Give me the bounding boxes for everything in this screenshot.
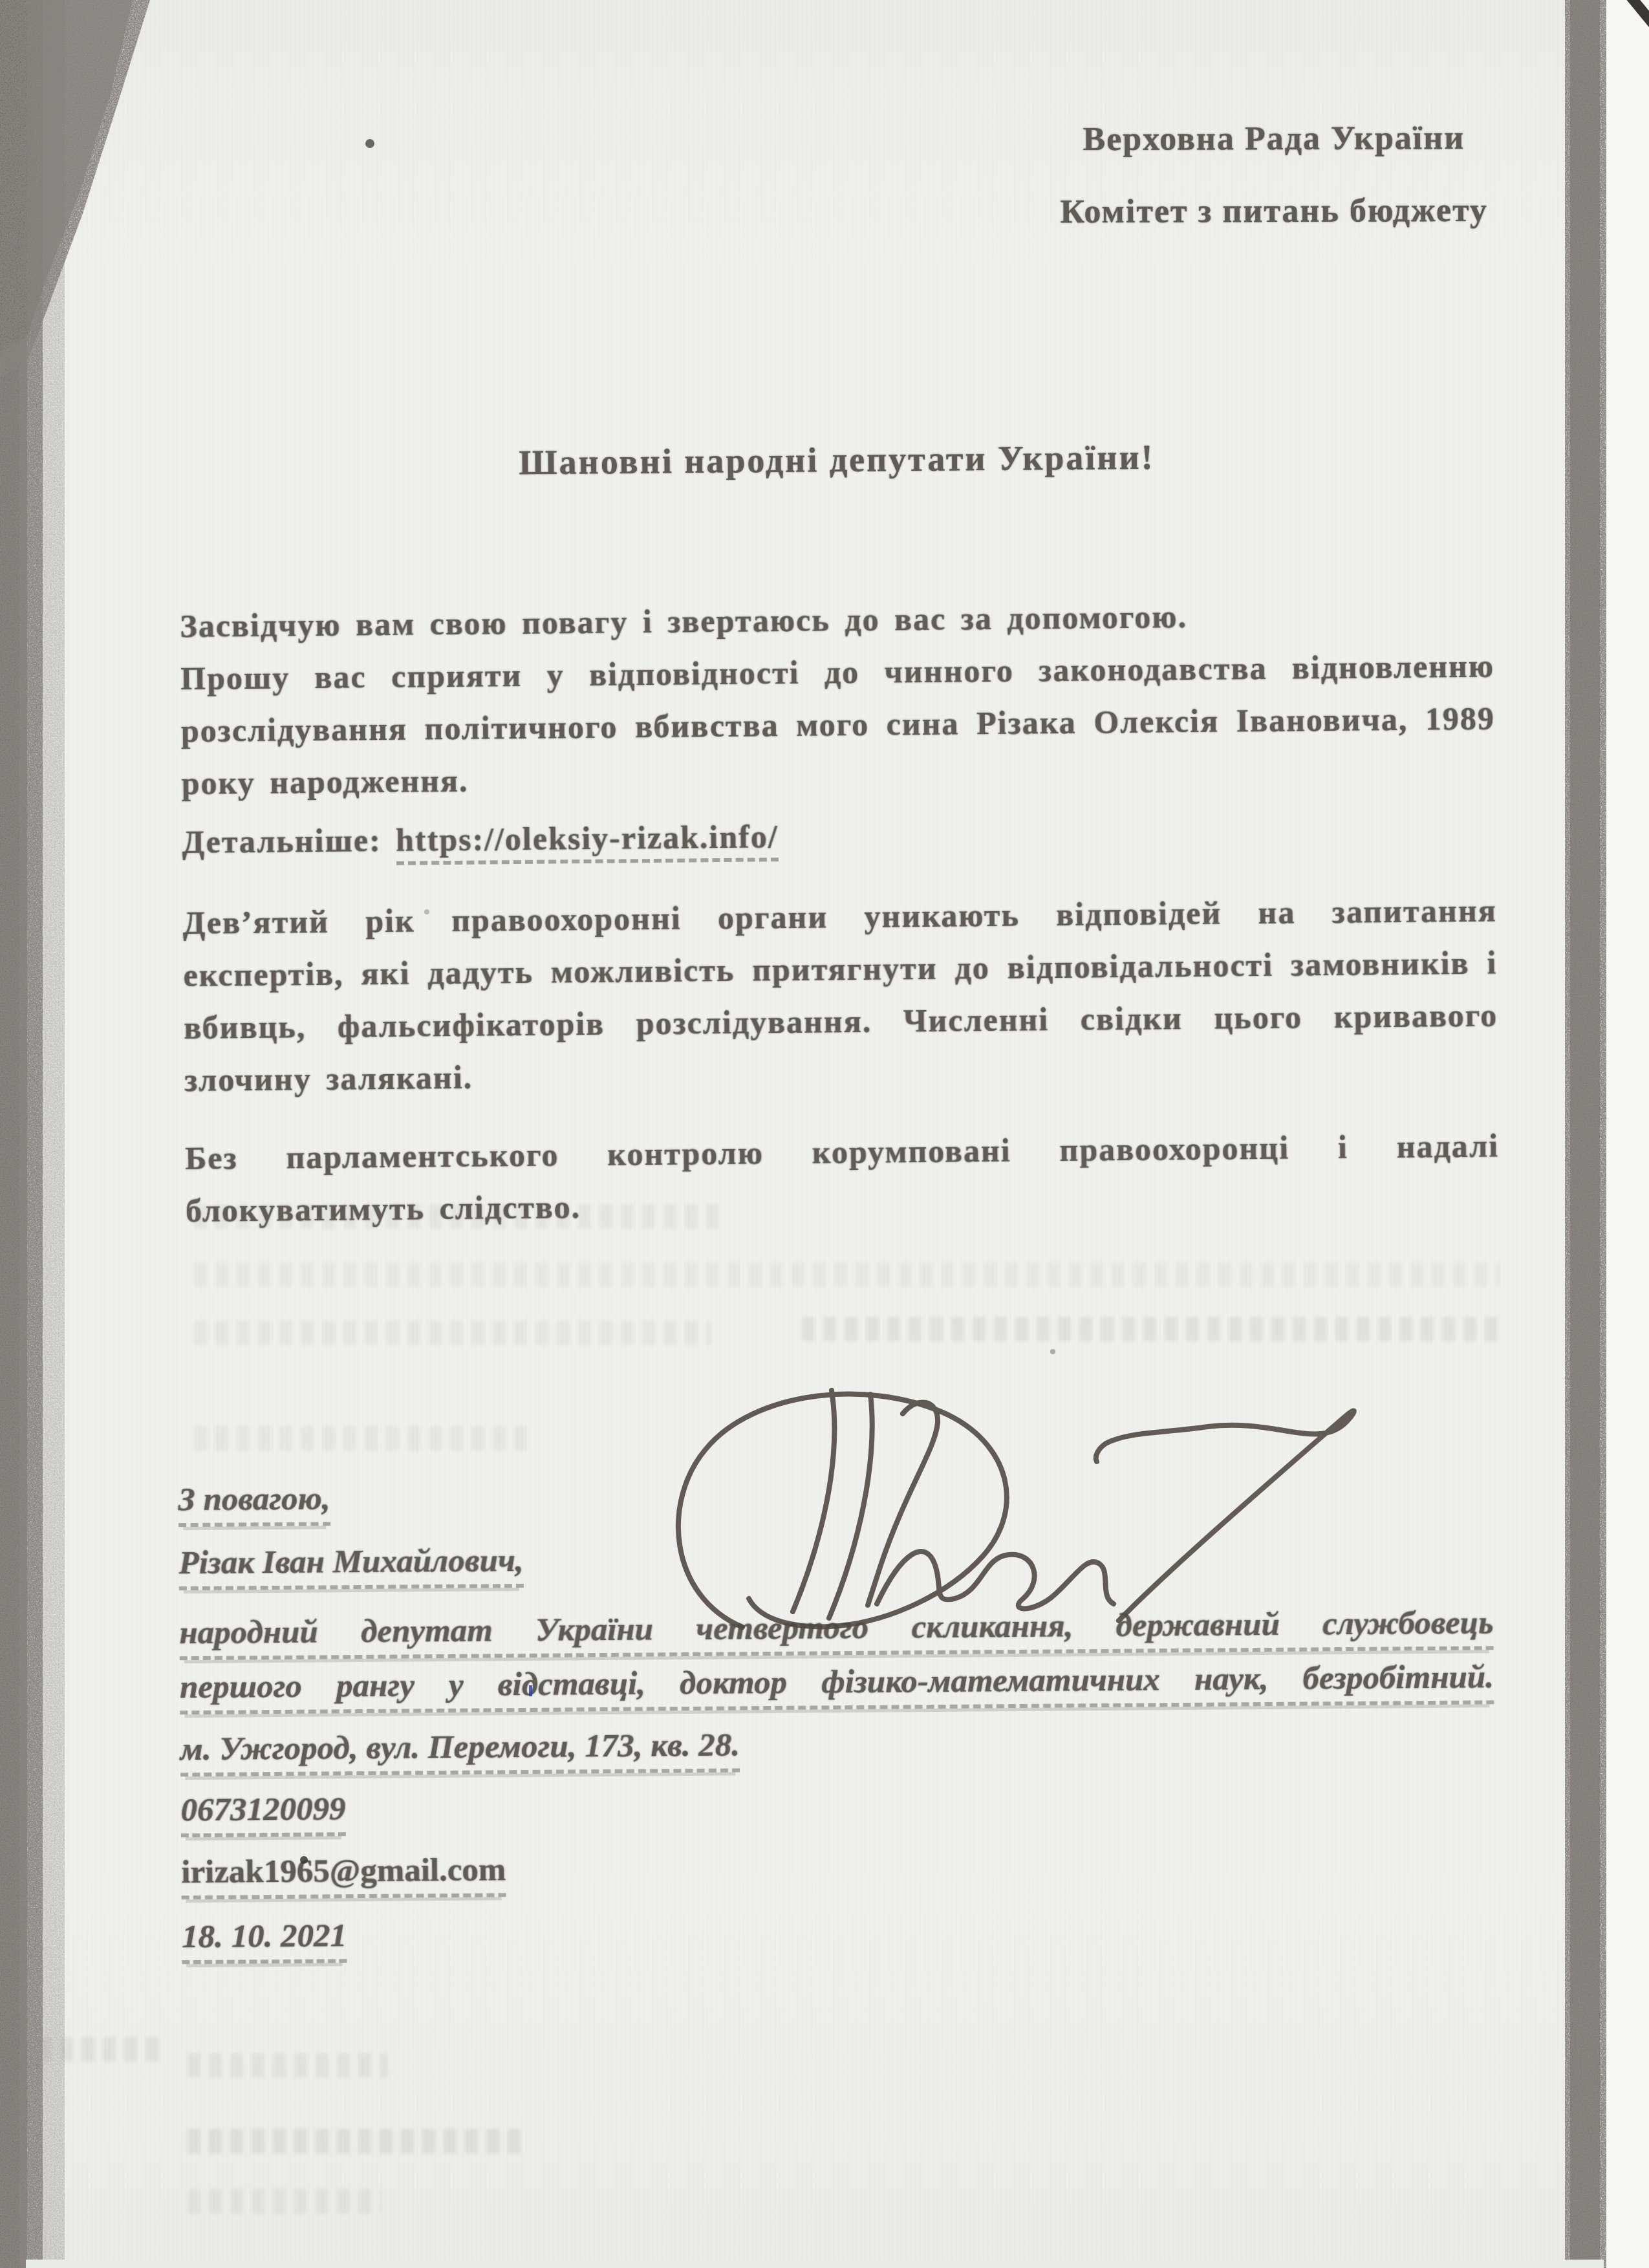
scanned-letter-page: { "header": { "line1": "Верховна Рада Ук… <box>0 0 1649 2268</box>
handwritten-signature-icon <box>0 0 1649 2268</box>
